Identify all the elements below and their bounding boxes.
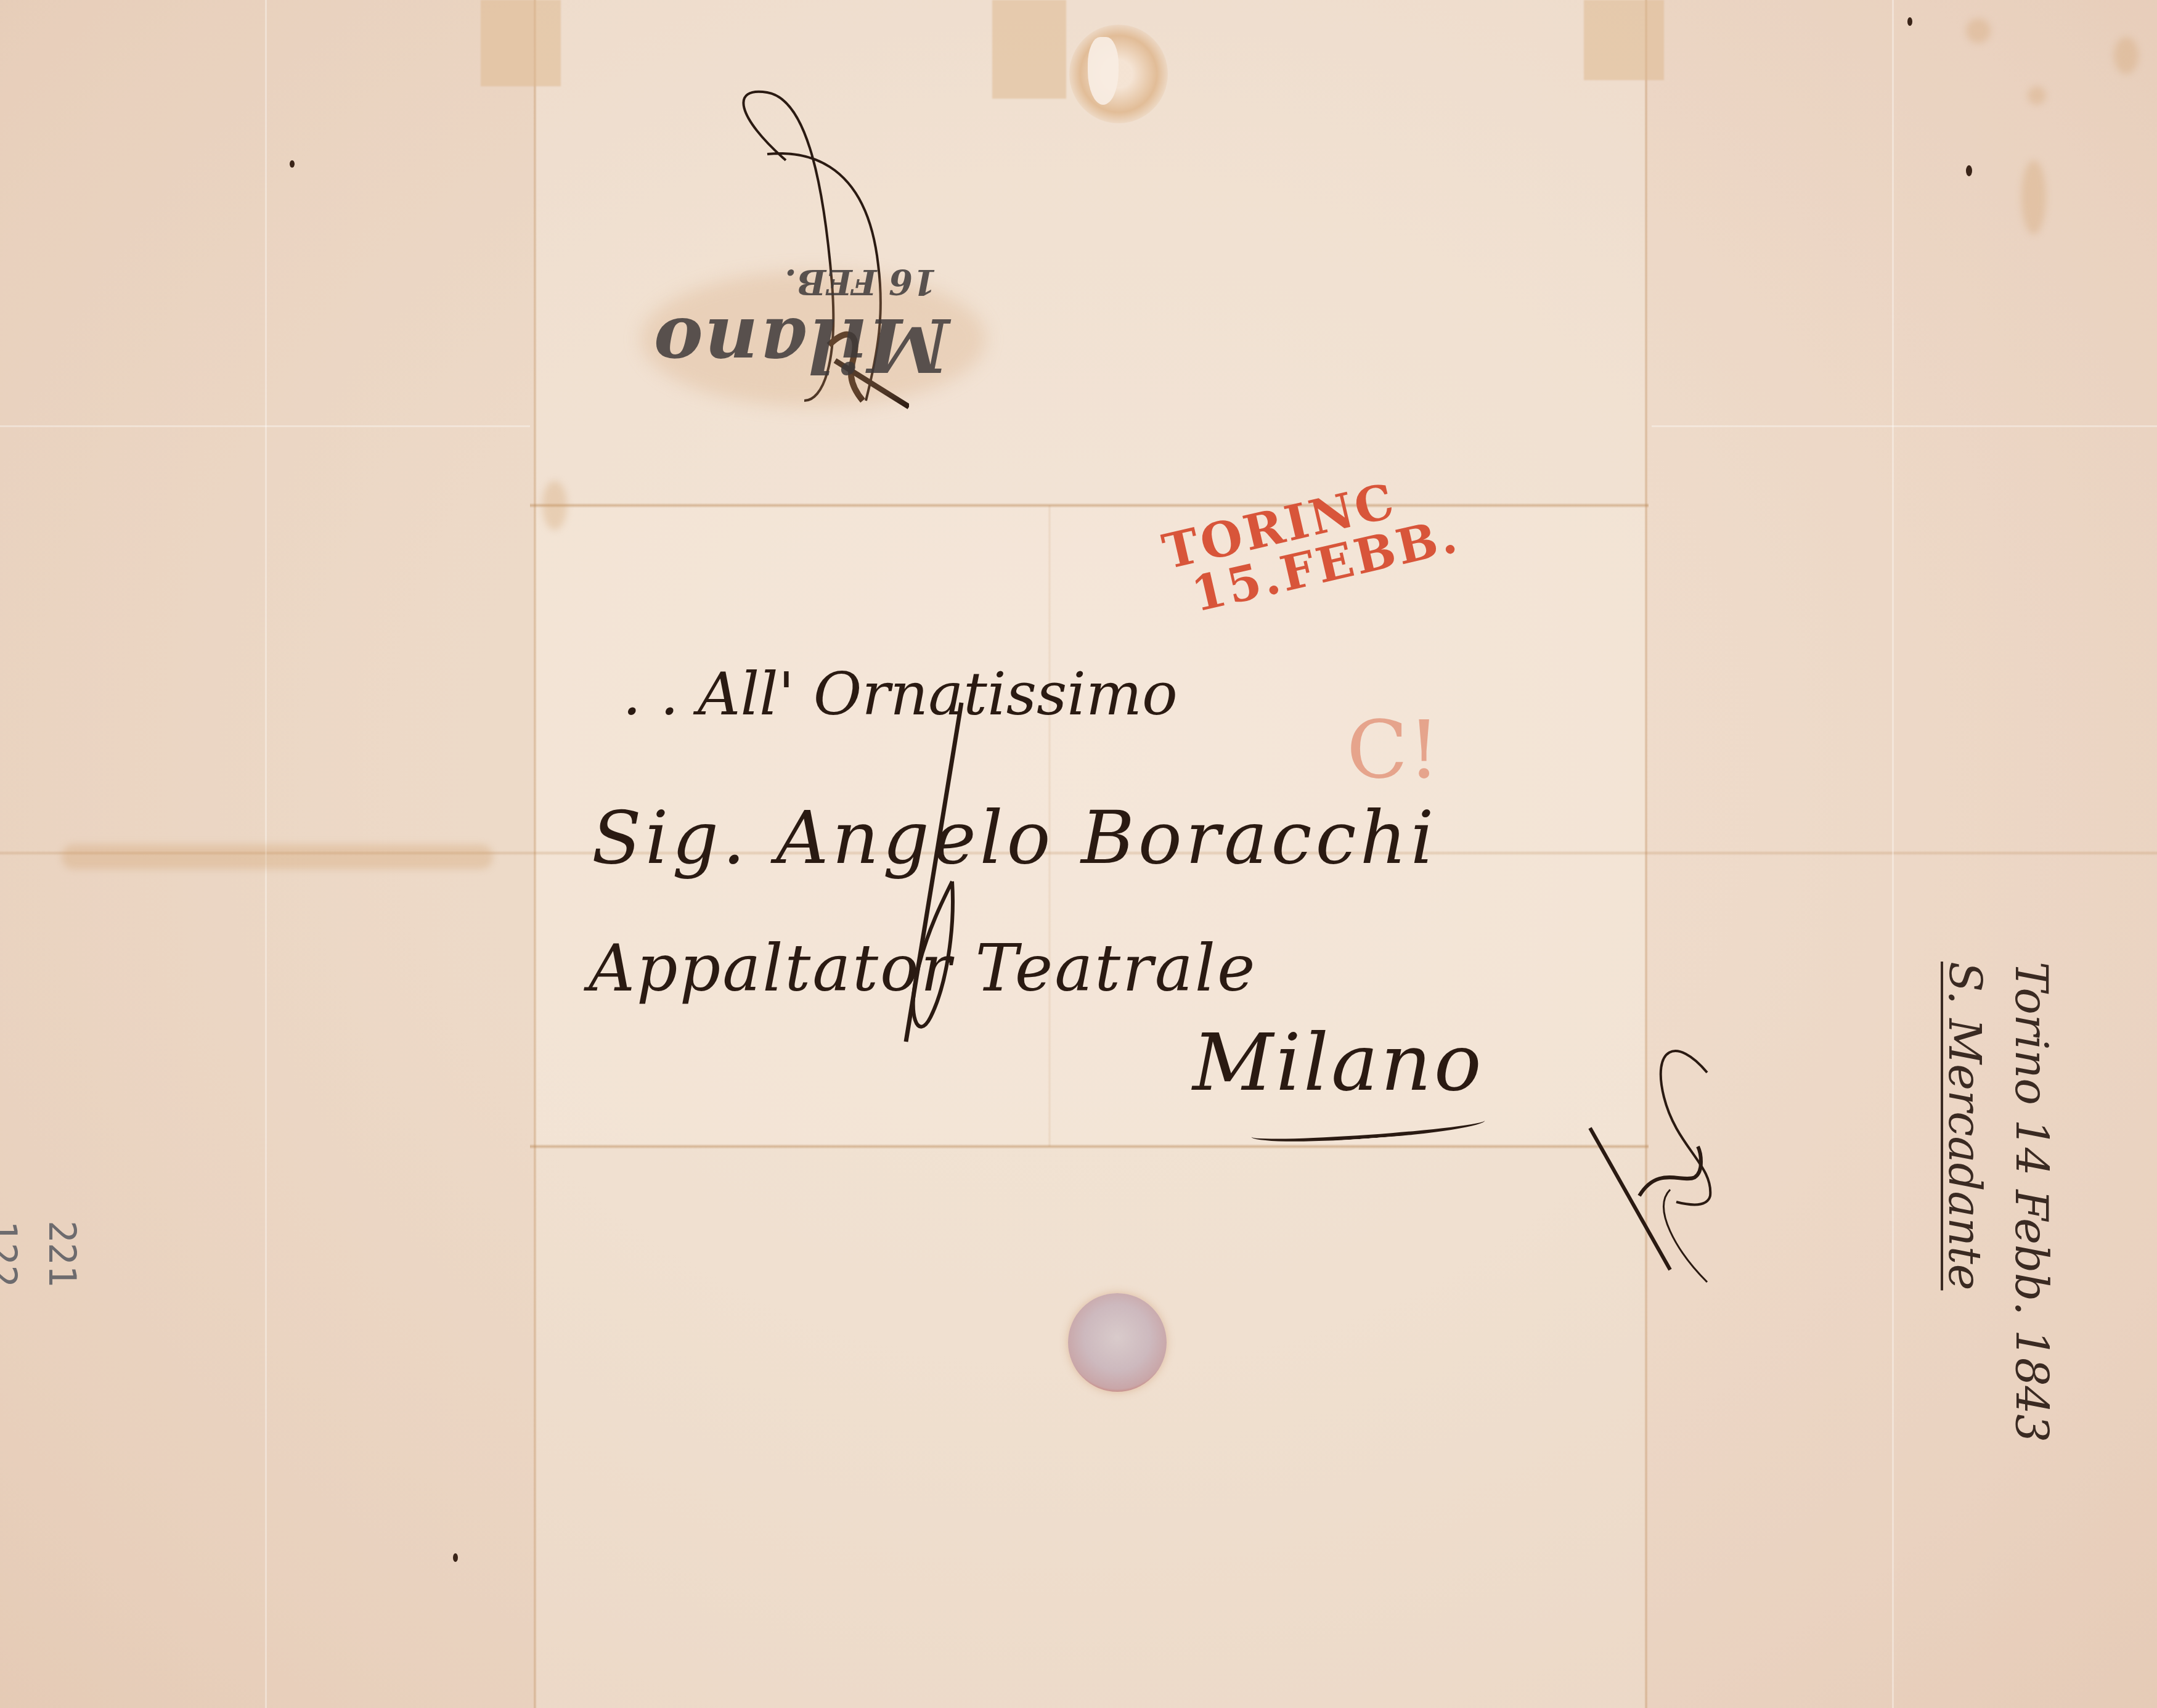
letter-sheet: Milano 16 FEB. TORINC 15.FEBB. C! . . Al…: [0, 0, 2157, 1708]
docket-note: Torino 14 Febb. 1843 S. Mercadante: [1931, 962, 2065, 1442]
paper-tear: [1088, 37, 1119, 105]
pencil-notes: 221 122: [0, 1220, 91, 1287]
address-recipient-title: Appaltator Teatrale: [589, 931, 1257, 1006]
fold-crease-lower: [530, 1144, 1649, 1149]
foxing-spot: [2021, 160, 2046, 234]
wax-seal: [1068, 1293, 1167, 1392]
address-city: Milano: [1193, 1017, 1484, 1109]
docket-signature: S. Mercadante: [1931, 962, 1998, 1442]
fold-crease-faint: [0, 425, 530, 427]
docket-date: Torino 14 Febb. 1843: [1998, 962, 2065, 1442]
crease-stain: [62, 844, 493, 869]
fold-crease-upper: [530, 503, 1649, 508]
arrival-postmark-date: 16 FEB.: [785, 261, 937, 302]
fold-crease-faint: [1892, 0, 1894, 1708]
foxing-spot: [2028, 86, 2046, 105]
ink-speck: [453, 1553, 458, 1562]
foxing-spot: [2114, 37, 2139, 74]
ink-speck: [1966, 165, 1972, 176]
foxing-spot: [1966, 18, 1991, 43]
tape-residue: [481, 0, 561, 86]
tape-residue: [1584, 0, 1664, 80]
foxing-spot: [542, 481, 567, 530]
seal-remnant-top: [1069, 25, 1168, 123]
paraph-flourish: [1584, 1023, 1726, 1294]
address-recipient-name: Sig. Angelo Boracchi: [592, 795, 1437, 880]
ink-speck: [290, 160, 295, 168]
fold-crease-faint: [1652, 425, 2157, 427]
pencil-note-1: 221: [32, 1220, 91, 1287]
ink-speck: [1907, 17, 1912, 26]
arrival-postmark-city: Milano: [653, 301, 949, 388]
charge-handstamp: C!: [1347, 703, 1440, 796]
pencil-note-2: 122: [0, 1220, 32, 1287]
arrival-postmark-inverted: Milano 16 FEB.: [666, 259, 961, 394]
address-salutation: . . All' Ornatissimo: [622, 660, 1178, 729]
fold-panel-bottom: [535, 1146, 1645, 1708]
tape-residue: [992, 0, 1066, 99]
